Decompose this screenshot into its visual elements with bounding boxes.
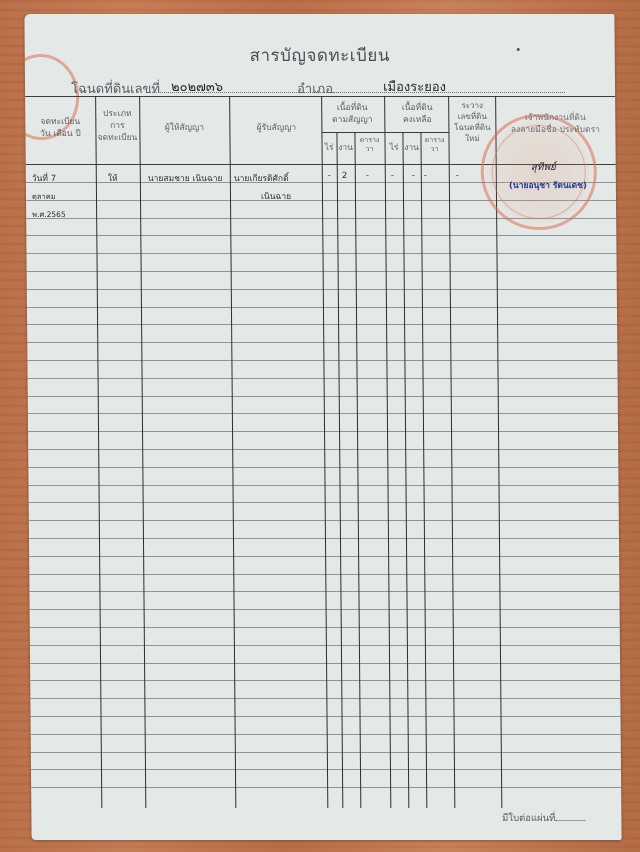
ruled-row-line <box>31 787 621 788</box>
row1-new-deed: - <box>456 171 459 181</box>
row1-remain-rai: - <box>391 171 394 181</box>
ruled-row-line <box>27 360 617 361</box>
ruled-row-line <box>30 663 620 664</box>
column-divider <box>448 96 456 808</box>
document-title: สารบัญจดทะเบียน <box>25 42 615 69</box>
ruled-row-line <box>28 467 618 468</box>
ruled-row-line <box>31 769 621 770</box>
district-value: เมืองระยอง <box>383 76 446 97</box>
land-registration-sheet: สารบัญจดทะเบียน โฉนดที่ดินเลขที่ ๒๐๒๗๓๖ … <box>24 14 621 840</box>
ruled-row-line <box>27 324 617 325</box>
column-divider <box>336 132 343 808</box>
ruled-row-line <box>30 627 620 628</box>
header-registration-type: ประเภท การ จดทะเบียน <box>95 108 139 144</box>
ruled-row-line <box>28 431 618 432</box>
ruled-row-line <box>27 342 617 343</box>
row1-contract-sqwa: - <box>366 171 369 181</box>
row1-remain-ngan: - <box>412 171 415 181</box>
officer-column-header: เจ้าพนักงานที่ดิน ลงลายมือชื่อ ประทับตรา <box>495 112 615 136</box>
row1-grantee-line2: เนินฉาย <box>261 189 291 203</box>
header-new-deed: ระวาง เลขที่ดิน โฉนดที่ดิน ใหม่ <box>449 100 495 144</box>
ruled-row-line <box>26 253 616 254</box>
ruled-row-line <box>29 520 619 521</box>
header-grantee: ผู้รับสัญญา <box>229 122 323 134</box>
ruled-row-line <box>30 645 620 646</box>
ruled-row-line <box>28 396 618 397</box>
ruled-row-line <box>26 235 616 236</box>
ruled-row-line <box>31 716 621 717</box>
header-remain-ngan: งาน <box>403 142 421 154</box>
table-top-border <box>25 96 615 97</box>
column-divider <box>354 132 361 808</box>
ruled-row-line <box>28 449 618 450</box>
ruled-row-line <box>30 680 620 681</box>
header-remain-rai: ไร่ <box>386 142 403 154</box>
header-contract-rai: ไร่ <box>322 142 337 154</box>
continuation-sheet-blank <box>555 820 585 821</box>
ruled-row-line <box>29 502 619 503</box>
header-date: จดทะเบียน วัน เดือน ปี <box>25 116 95 140</box>
continuation-sheet-label: มีใบต่อแผ่นที่ <box>502 813 555 824</box>
column-divider <box>384 96 392 808</box>
header-contract-ngan: งาน <box>337 142 355 154</box>
deed-info-line: โฉนดที่ดินเลขที่ ๒๐๒๗๓๖ อำเภอ เมืองระยอง <box>71 76 575 96</box>
row1-contract-ngan: 2 <box>342 171 348 181</box>
row1-date-year: พ.ศ.2565 <box>32 209 66 221</box>
ruled-row-line <box>31 734 621 735</box>
ruled-row-line <box>28 413 618 414</box>
column-divider <box>402 132 409 808</box>
officer-name: (นายอนุชา รัตนเดช) <box>488 178 608 192</box>
column-divider <box>139 96 147 808</box>
header-area-by-contract: เนื้อที่ดิน ตามสัญญา <box>321 102 383 126</box>
column-divider <box>321 96 329 808</box>
header-remain-sqwa: ตาราง วา <box>420 136 448 154</box>
column-divider <box>229 96 237 808</box>
ruled-row-line <box>29 538 619 539</box>
header-area-remaining: เนื้อที่ดิน คงเหลือ <box>385 102 449 126</box>
district-dotted-line <box>333 92 565 93</box>
ruled-row-line <box>28 378 618 379</box>
ruled-row-line <box>29 485 619 486</box>
row1-remain-sqwa: - <box>424 171 427 181</box>
row1-date-month: ตุลาคม <box>32 191 56 203</box>
column-divider <box>420 132 427 808</box>
ruled-row-line <box>31 752 621 753</box>
ruled-row-line <box>29 556 619 557</box>
officer-signature: สุทิพย์ <box>531 160 556 175</box>
row1-contract-rai: - <box>328 171 331 181</box>
column-divider <box>95 96 103 808</box>
ruled-row-line <box>30 698 620 699</box>
continuation-sheet-note: มีใบต่อแผ่นที่ <box>502 811 585 826</box>
deed-number-value: ๒๐๒๗๓๖ <box>171 76 223 97</box>
header-grantor: ผู้ให้สัญญา <box>139 122 229 134</box>
header-contract-sqwa: ตาราง วา <box>354 136 384 154</box>
